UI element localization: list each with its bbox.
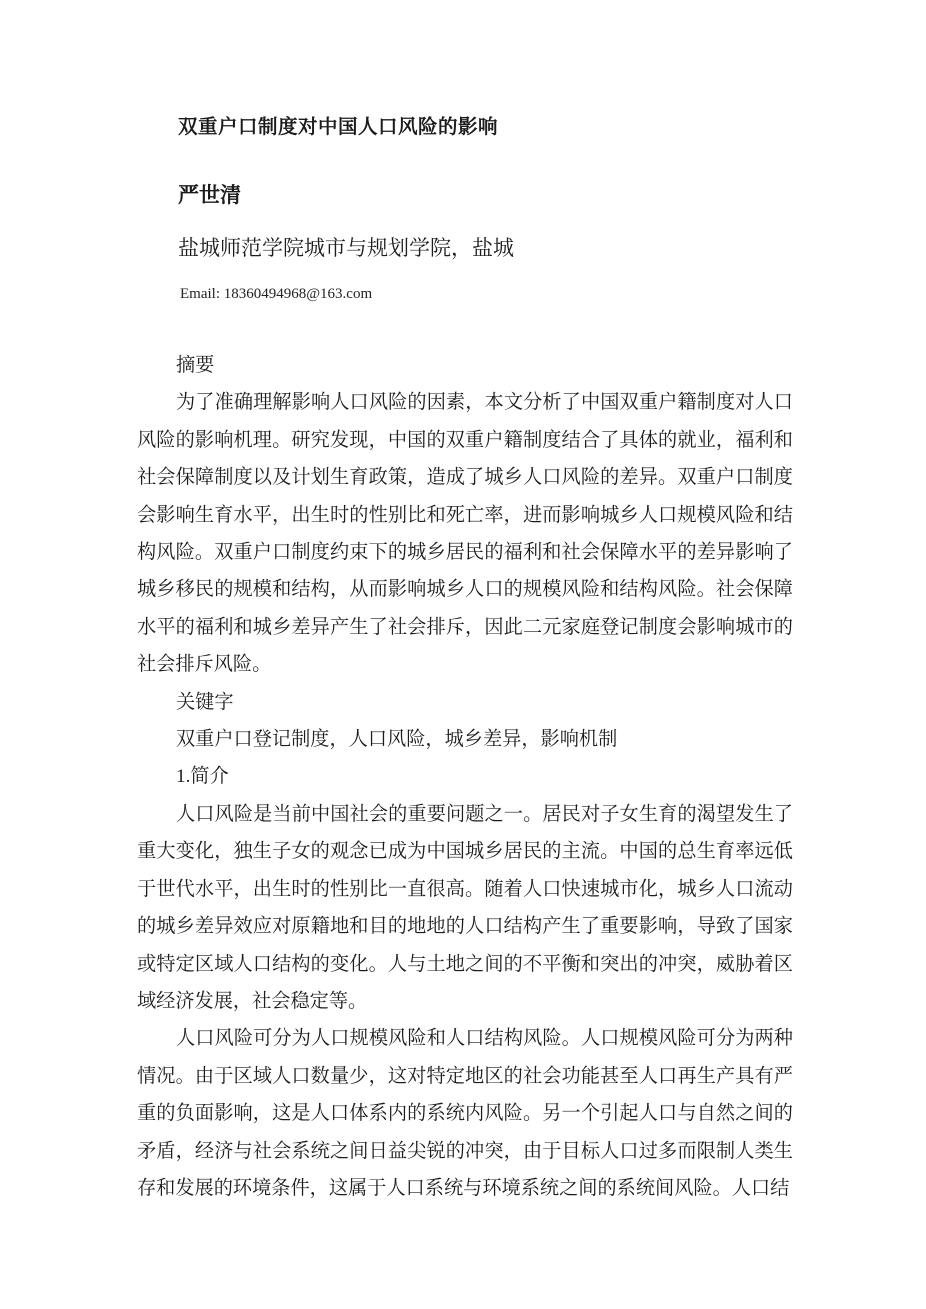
keywords-label: 关键字 — [137, 684, 793, 721]
author-name: 严世清 — [178, 182, 793, 209]
document-title: 双重户口制度对中国人口风险的影响 — [178, 0, 793, 142]
introduction-paragraph: 人口风险可分为人口规模风险和人口结构风险。人口规模风险可分为两种情况。由于区域人… — [137, 1020, 793, 1207]
abstract-paragraph: 为了准确理解影响人口风险的因素，本文分析了中国双重户籍制度对人口风险的影响机理。… — [137, 384, 793, 683]
author-email: Email: 18360494968@163.com — [180, 284, 793, 304]
keywords-text: 双重户口登记制度，人口风险，城乡差异，影响机制 — [137, 721, 793, 758]
abstract-label: 摘要 — [137, 347, 793, 384]
document-content: 双重户口制度对中国人口风险的影响 严世清 盐城师范学院城市与规划学院，盐城 Em… — [137, 0, 793, 1207]
document-body: 摘要 为了准确理解影响人口风险的因素，本文分析了中国双重户籍制度对人口风险的影响… — [137, 347, 793, 1207]
introduction-heading: 1.简介 — [137, 758, 793, 795]
introduction-paragraph: 人口风险是当前中国社会的重要问题之一。居民对子女生育的渴望发生了重大变化，独生子… — [137, 796, 793, 1020]
document-page: 双重户口制度对中国人口风险的影响 严世清 盐城师范学院城市与规划学院，盐城 Em… — [0, 0, 926, 1309]
author-affiliation: 盐城师范学院城市与规划学院，盐城 — [178, 235, 793, 262]
